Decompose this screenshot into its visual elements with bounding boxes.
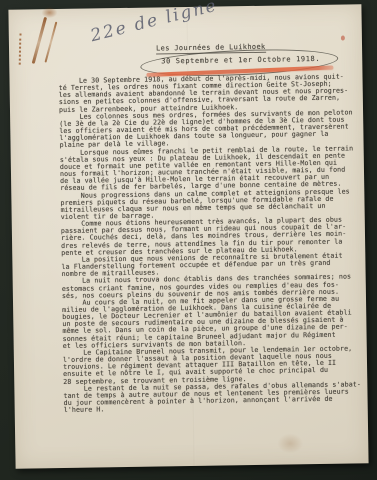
document-page: 22e de ligne Les Journées de Luikhoek 30…	[8, 4, 368, 468]
paper-stain-bottom	[277, 433, 303, 453]
rust-mark-vertical	[19, 34, 22, 65]
rust-stain-top	[41, 7, 57, 18]
red-ink-dot	[341, 36, 345, 41]
document-body-text: Le 30 Septembre 1918, au début de l'aprè…	[58, 73, 361, 414]
rust-mark-slash-2	[44, 22, 57, 63]
rust-mark-slash-1	[32, 17, 47, 64]
